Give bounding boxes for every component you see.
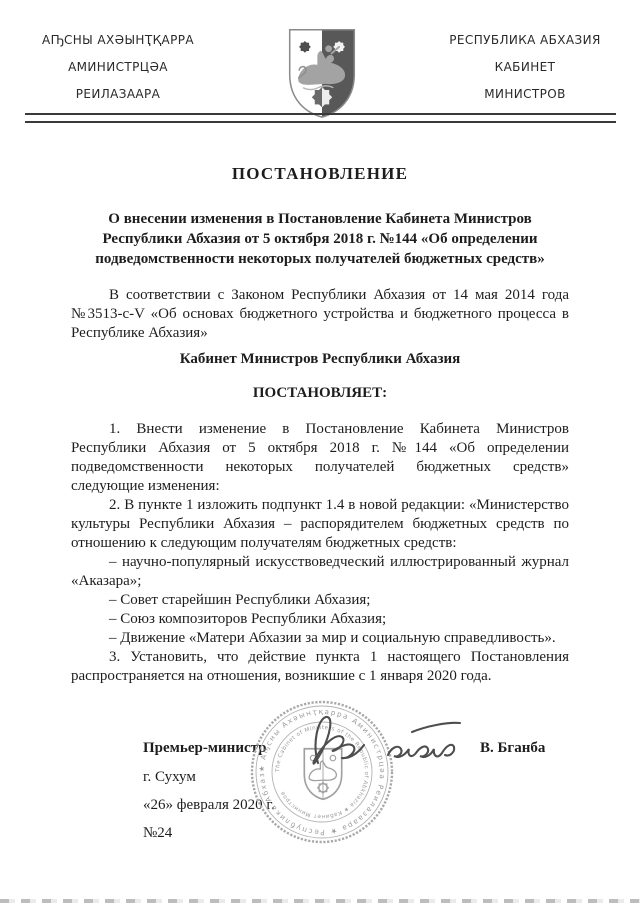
letterhead-abkhaz-line: АҦСНЫ АХӘЫНҬҚАРРА: [12, 27, 224, 54]
scan-artifact-bottom-edge: [0, 899, 640, 903]
doc-subject: О внесении изменения в Постановление Каб…: [71, 209, 569, 269]
letterhead-divider-rule: [25, 113, 616, 123]
place-line: г. Сухум: [143, 769, 196, 786]
body-list-item-4: – Движение «Матери Абхазии за мир и соци…: [71, 629, 569, 648]
body-paragraph-2: 2. В пункте 1 изложить подпункт 1.4 в но…: [71, 496, 569, 553]
body-paragraph-3: 3. Установить, что действие пункта 1 нас…: [71, 648, 569, 686]
doc-type-title: ПОСТАНОВЛЕНИЕ: [71, 162, 569, 185]
body-paragraph-1: 1. Внести изменение в Постановление Каби…: [71, 420, 569, 496]
body-list-item-1: – научно-популярный искусствоведческий и…: [71, 553, 569, 591]
enactment-line: ПОСТАНОВЛЯЕТ:: [71, 384, 569, 403]
handwritten-signature-icon: [292, 703, 467, 783]
letterhead-russian-line: МИНИСТРОВ: [422, 81, 628, 108]
document-body: ПОСТАНОВЛЕНИЕ О внесении изменения в Пос…: [71, 162, 569, 686]
doc-number-line: №24: [143, 825, 172, 842]
letterhead-abkhaz-line: АМИНИСТРЦӘА: [12, 54, 224, 81]
signer-name: В. Бганба: [480, 740, 545, 757]
body-list-item-2: – Совет старейшин Республики Абхазия;: [71, 591, 569, 610]
letterhead-russian-line: РЕСПУБЛИКА АБХАЗИЯ: [422, 27, 628, 54]
authority-line: Кабинет Министров Республики Абхазия: [71, 350, 569, 369]
scanned-decree-page: АҦСНЫ АХӘЫНҬҚАРРА АМИНИСТРЦӘА РЕИЛАЗААРА: [0, 0, 640, 905]
body-list-item-3: – Союз композиторов Республики Абхазия;: [71, 610, 569, 629]
preamble-paragraph: В соответствии с Законом Республики Абха…: [71, 286, 569, 343]
letterhead-abkhaz: АҦСНЫ АХӘЫНҬҚАРРА АМИНИСТРЦӘА РЕИЛАЗААРА: [12, 27, 224, 108]
abkhazia-coat-of-arms-icon: [284, 25, 360, 120]
letterhead-abkhaz-line: РЕИЛАЗААРА: [12, 81, 224, 108]
letterhead-russian-line: КАБИНЕТ: [422, 54, 628, 81]
letterhead-russian: РЕСПУБЛИКА АБХАЗИЯ КАБИНЕТ МИНИСТРОВ: [422, 27, 628, 108]
